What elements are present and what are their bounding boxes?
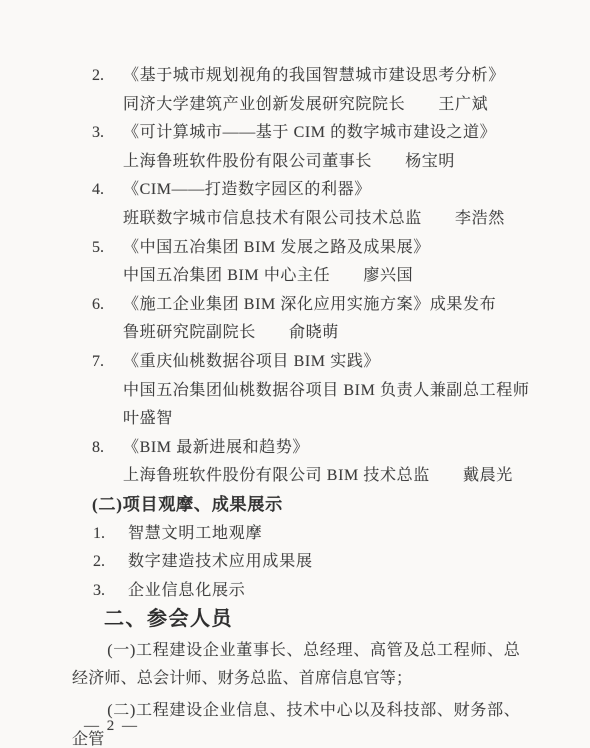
exhibition-list: 1.智慧文明工地观摩 2.数字建造技术应用成果展 3.企业信息化展示 (72, 520, 520, 606)
agenda-title-line: 7.《重庆仙桃数据谷项目 BIM 实践》 (72, 348, 520, 377)
agenda-item: 2.《基于城市规划视角的我国智慧城市建设思考分析》 同济大学建筑产业创新发展研究… (72, 62, 520, 119)
exhibition-item-number: 3. (93, 577, 128, 606)
exhibition-item-text: 智慧文明工地观摩 (128, 525, 262, 542)
agenda-item-title: 《CIM——打造数字园区的利器》 (123, 181, 371, 198)
agenda-item-title: 《BIM 最新进展和趋势》 (123, 439, 309, 456)
agenda-item-number: 8. (92, 434, 123, 463)
agenda-speaker-line: 上海鲁班软件股份有限公司董事长 杨宝明 (72, 148, 520, 177)
agenda-list: 2.《基于城市规划视角的我国智慧城市建设思考分析》 同济大学建筑产业创新发展研究… (72, 62, 520, 491)
agenda-speaker-line: 中国五冶集团 BIM 中心主任 廖兴国 (72, 262, 520, 291)
agenda-item-title: 《基于城市规划视角的我国智慧城市建设思考分析》 (123, 67, 505, 84)
agenda-item: 5.《中国五冶集团 BIM 发展之路及成果展》 中国五冶集团 BIM 中心主任 … (72, 234, 520, 291)
agenda-item-title: 《中国五冶集团 BIM 发展之路及成果展》 (123, 239, 430, 256)
exhibition-item-text: 企业信息化展示 (128, 582, 246, 599)
agenda-speaker-line: 中国五冶集团仙桃数据谷项目 BIM 负责人兼副总工程师 (72, 377, 520, 406)
agenda-speaker-line: 鲁班研究院副院长 俞晓萌 (72, 319, 520, 348)
exhibition-item-text: 数字建造技术应用成果展 (128, 553, 313, 570)
exhibition-item: 3.企业信息化展示 (72, 577, 520, 606)
exhibition-item: 2.数字建造技术应用成果展 (72, 548, 520, 577)
agenda-title-line: 8.《BIM 最新进展和趋势》 (72, 434, 520, 463)
exhibition-item: 1.智慧文明工地观摩 (72, 520, 520, 549)
agenda-item: 6.《施工企业集团 BIM 深化应用实施方案》成果发布 鲁班研究院副院长 俞晓萌 (72, 291, 520, 348)
agenda-item: 8.《BIM 最新进展和趋势》 上海鲁班软件股份有限公司 BIM 技术总监 戴晨… (72, 434, 520, 491)
agenda-speaker-line: 班联数字城市信息技术有限公司技术总监 李浩然 (72, 205, 520, 234)
agenda-item-title: 《重庆仙桃数据谷项目 BIM 实践》 (123, 353, 380, 370)
agenda-item-number: 4. (92, 176, 123, 205)
participants-paragraph: (一)工程建设企业董事长、总经理、高管及总工程师、总经济师、总会计师、财务总监、… (72, 637, 520, 694)
agenda-item-title: 《施工企业集团 BIM 深化应用实施方案》成果发布 (123, 296, 496, 313)
agenda-item-number: 2. (92, 62, 123, 91)
subsection-heading-exhibition: (二)项目观摩、成果展示 (72, 491, 520, 520)
agenda-speaker-line: 叶盛智 (72, 405, 520, 434)
agenda-item-number: 3. (92, 119, 123, 148)
agenda-title-line: 2.《基于城市规划视角的我国智慧城市建设思考分析》 (72, 62, 520, 91)
document-page: 2.《基于城市规划视角的我国智慧城市建设思考分析》 同济大学建筑产业创新发展研究… (0, 0, 590, 748)
agenda-title-line: 6.《施工企业集团 BIM 深化应用实施方案》成果发布 (72, 291, 520, 320)
exhibition-item-number: 1. (93, 520, 128, 549)
page-number: — 2 — (84, 718, 139, 735)
agenda-title-line: 4.《CIM——打造数字园区的利器》 (72, 176, 520, 205)
agenda-item-number: 7. (92, 348, 123, 377)
agenda-item: 7.《重庆仙桃数据谷项目 BIM 实践》 中国五冶集团仙桃数据谷项目 BIM 负… (72, 348, 520, 434)
agenda-item: 3.《可计算城市——基于 CIM 的数字城市建设之道》 上海鲁班软件股份有限公司… (72, 119, 520, 176)
exhibition-item-number: 2. (93, 548, 128, 577)
participants-paragraph: (二)工程建设企业信息、技术中心以及科技部、财务部、企管 (72, 697, 520, 748)
agenda-item-number: 6. (92, 291, 123, 320)
section-heading-participants: 二、参会人员 (72, 605, 520, 634)
document-content: 2.《基于城市规划视角的我国智慧城市建设思考分析》 同济大学建筑产业创新发展研究… (72, 62, 520, 748)
agenda-speaker-line: 上海鲁班软件股份有限公司 BIM 技术总监 戴晨光 (72, 462, 520, 491)
agenda-title-line: 5.《中国五冶集团 BIM 发展之路及成果展》 (72, 234, 520, 263)
agenda-item-number: 5. (92, 234, 123, 263)
agenda-speaker-line: 同济大学建筑产业创新发展研究院院长 王广斌 (72, 91, 520, 120)
agenda-title-line: 3.《可计算城市——基于 CIM 的数字城市建设之道》 (72, 119, 520, 148)
agenda-item-title: 《可计算城市——基于 CIM 的数字城市建设之道》 (123, 124, 496, 141)
agenda-item: 4.《CIM——打造数字园区的利器》 班联数字城市信息技术有限公司技术总监 李浩… (72, 176, 520, 233)
